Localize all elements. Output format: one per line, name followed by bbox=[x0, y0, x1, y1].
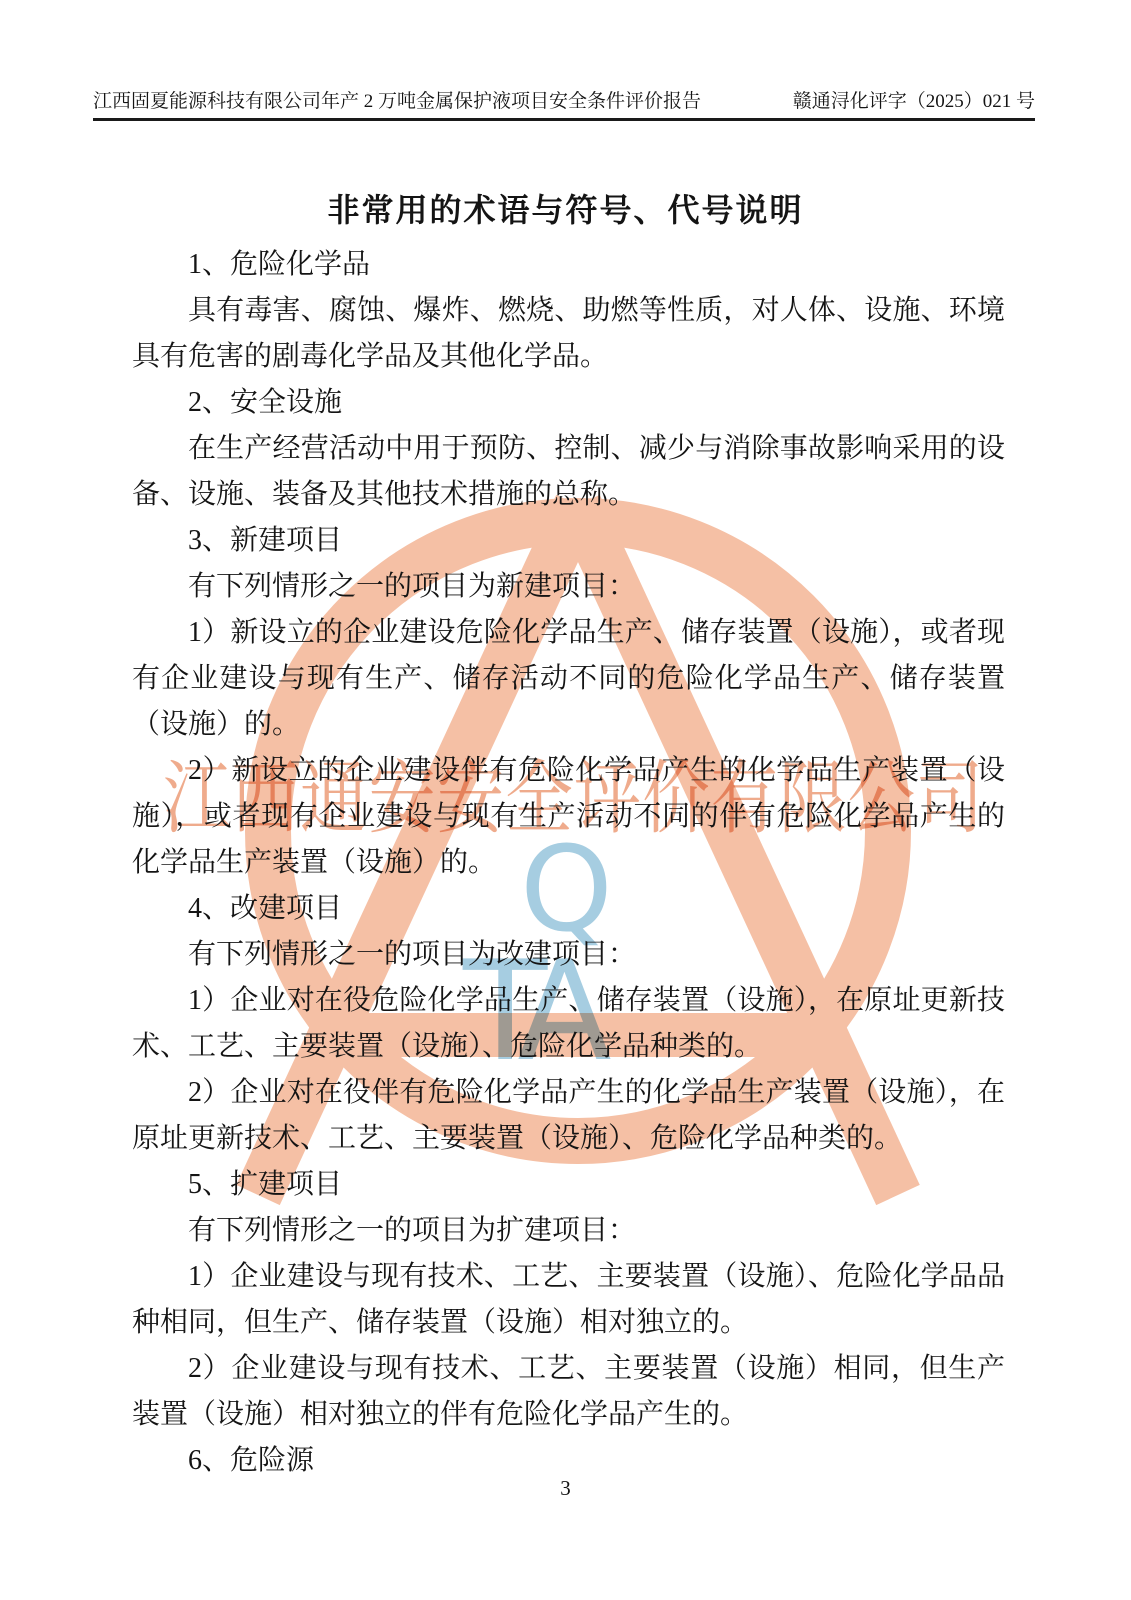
paragraph: 2）企业对在役伴有危险化学品产生的化学品生产装置（设施），在原址更新技术、工艺、… bbox=[132, 1070, 1005, 1162]
document-page: 江西通安安全评价有限公司 Q TA 江西固夏能源科技有限公司年产 2 万吨金属保… bbox=[0, 0, 1131, 1600]
section-title: 非常用的术语与符号、代号说明 bbox=[0, 190, 1131, 230]
paragraph: 2、安全设施 bbox=[132, 380, 1005, 426]
document-content: 江西固夏能源科技有限公司年产 2 万吨金属保护液项目安全条件评价报告 赣通浔化评… bbox=[0, 0, 1131, 1600]
paragraph: 有下列情形之一的项目为扩建项目： bbox=[132, 1208, 1005, 1254]
paragraph: 有下列情形之一的项目为改建项目： bbox=[132, 932, 1005, 978]
header-report-title: 江西固夏能源科技有限公司年产 2 万吨金属保护液项目安全条件评价报告 bbox=[93, 90, 701, 114]
paragraph: 2）企业建设与现有技术、工艺、主要装置（设施）相同，但生产装置（设施）相对独立的… bbox=[132, 1346, 1005, 1438]
paragraph: 5、扩建项目 bbox=[132, 1162, 1005, 1208]
paragraph: 具有毒害、腐蚀、爆炸、燃烧、助燃等性质，对人体、设施、环境具有危害的剧毒化学品及… bbox=[132, 288, 1005, 380]
document-body: 1、危险化学品具有毒害、腐蚀、爆炸、燃烧、助燃等性质，对人体、设施、环境具有危害… bbox=[132, 242, 1005, 1484]
header-document-number: 赣通浔化评字（2025）021 号 bbox=[793, 90, 1035, 114]
paragraph: 4、改建项目 bbox=[132, 886, 1005, 932]
paragraph: 1）新设立的企业建设危险化学品生产、储存装置（设施），或者现有企业建设与现有生产… bbox=[132, 610, 1005, 748]
paragraph: 在生产经营活动中用于预防、控制、减少与消除事故影响采用的设备、设施、装备及其他技… bbox=[132, 426, 1005, 518]
paragraph: 有下列情形之一的项目为新建项目： bbox=[132, 564, 1005, 610]
page-number: 3 bbox=[0, 1476, 1131, 1501]
paragraph: 1）企业建设与现有技术、工艺、主要装置（设施）、危险化学品品种相同，但生产、储存… bbox=[132, 1254, 1005, 1346]
paragraph: 2）新设立的企业建设伴有危险化学品产生的化学品生产装置（设施），或者现有企业建设… bbox=[132, 748, 1005, 886]
paragraph: 1、危险化学品 bbox=[132, 242, 1005, 288]
page-header: 江西固夏能源科技有限公司年产 2 万吨金属保护液项目安全条件评价报告 赣通浔化评… bbox=[93, 90, 1035, 121]
paragraph: 3、新建项目 bbox=[132, 518, 1005, 564]
paragraph: 1）企业对在役危险化学品生产、储存装置（设施），在原址更新技术、工艺、主要装置（… bbox=[132, 978, 1005, 1070]
